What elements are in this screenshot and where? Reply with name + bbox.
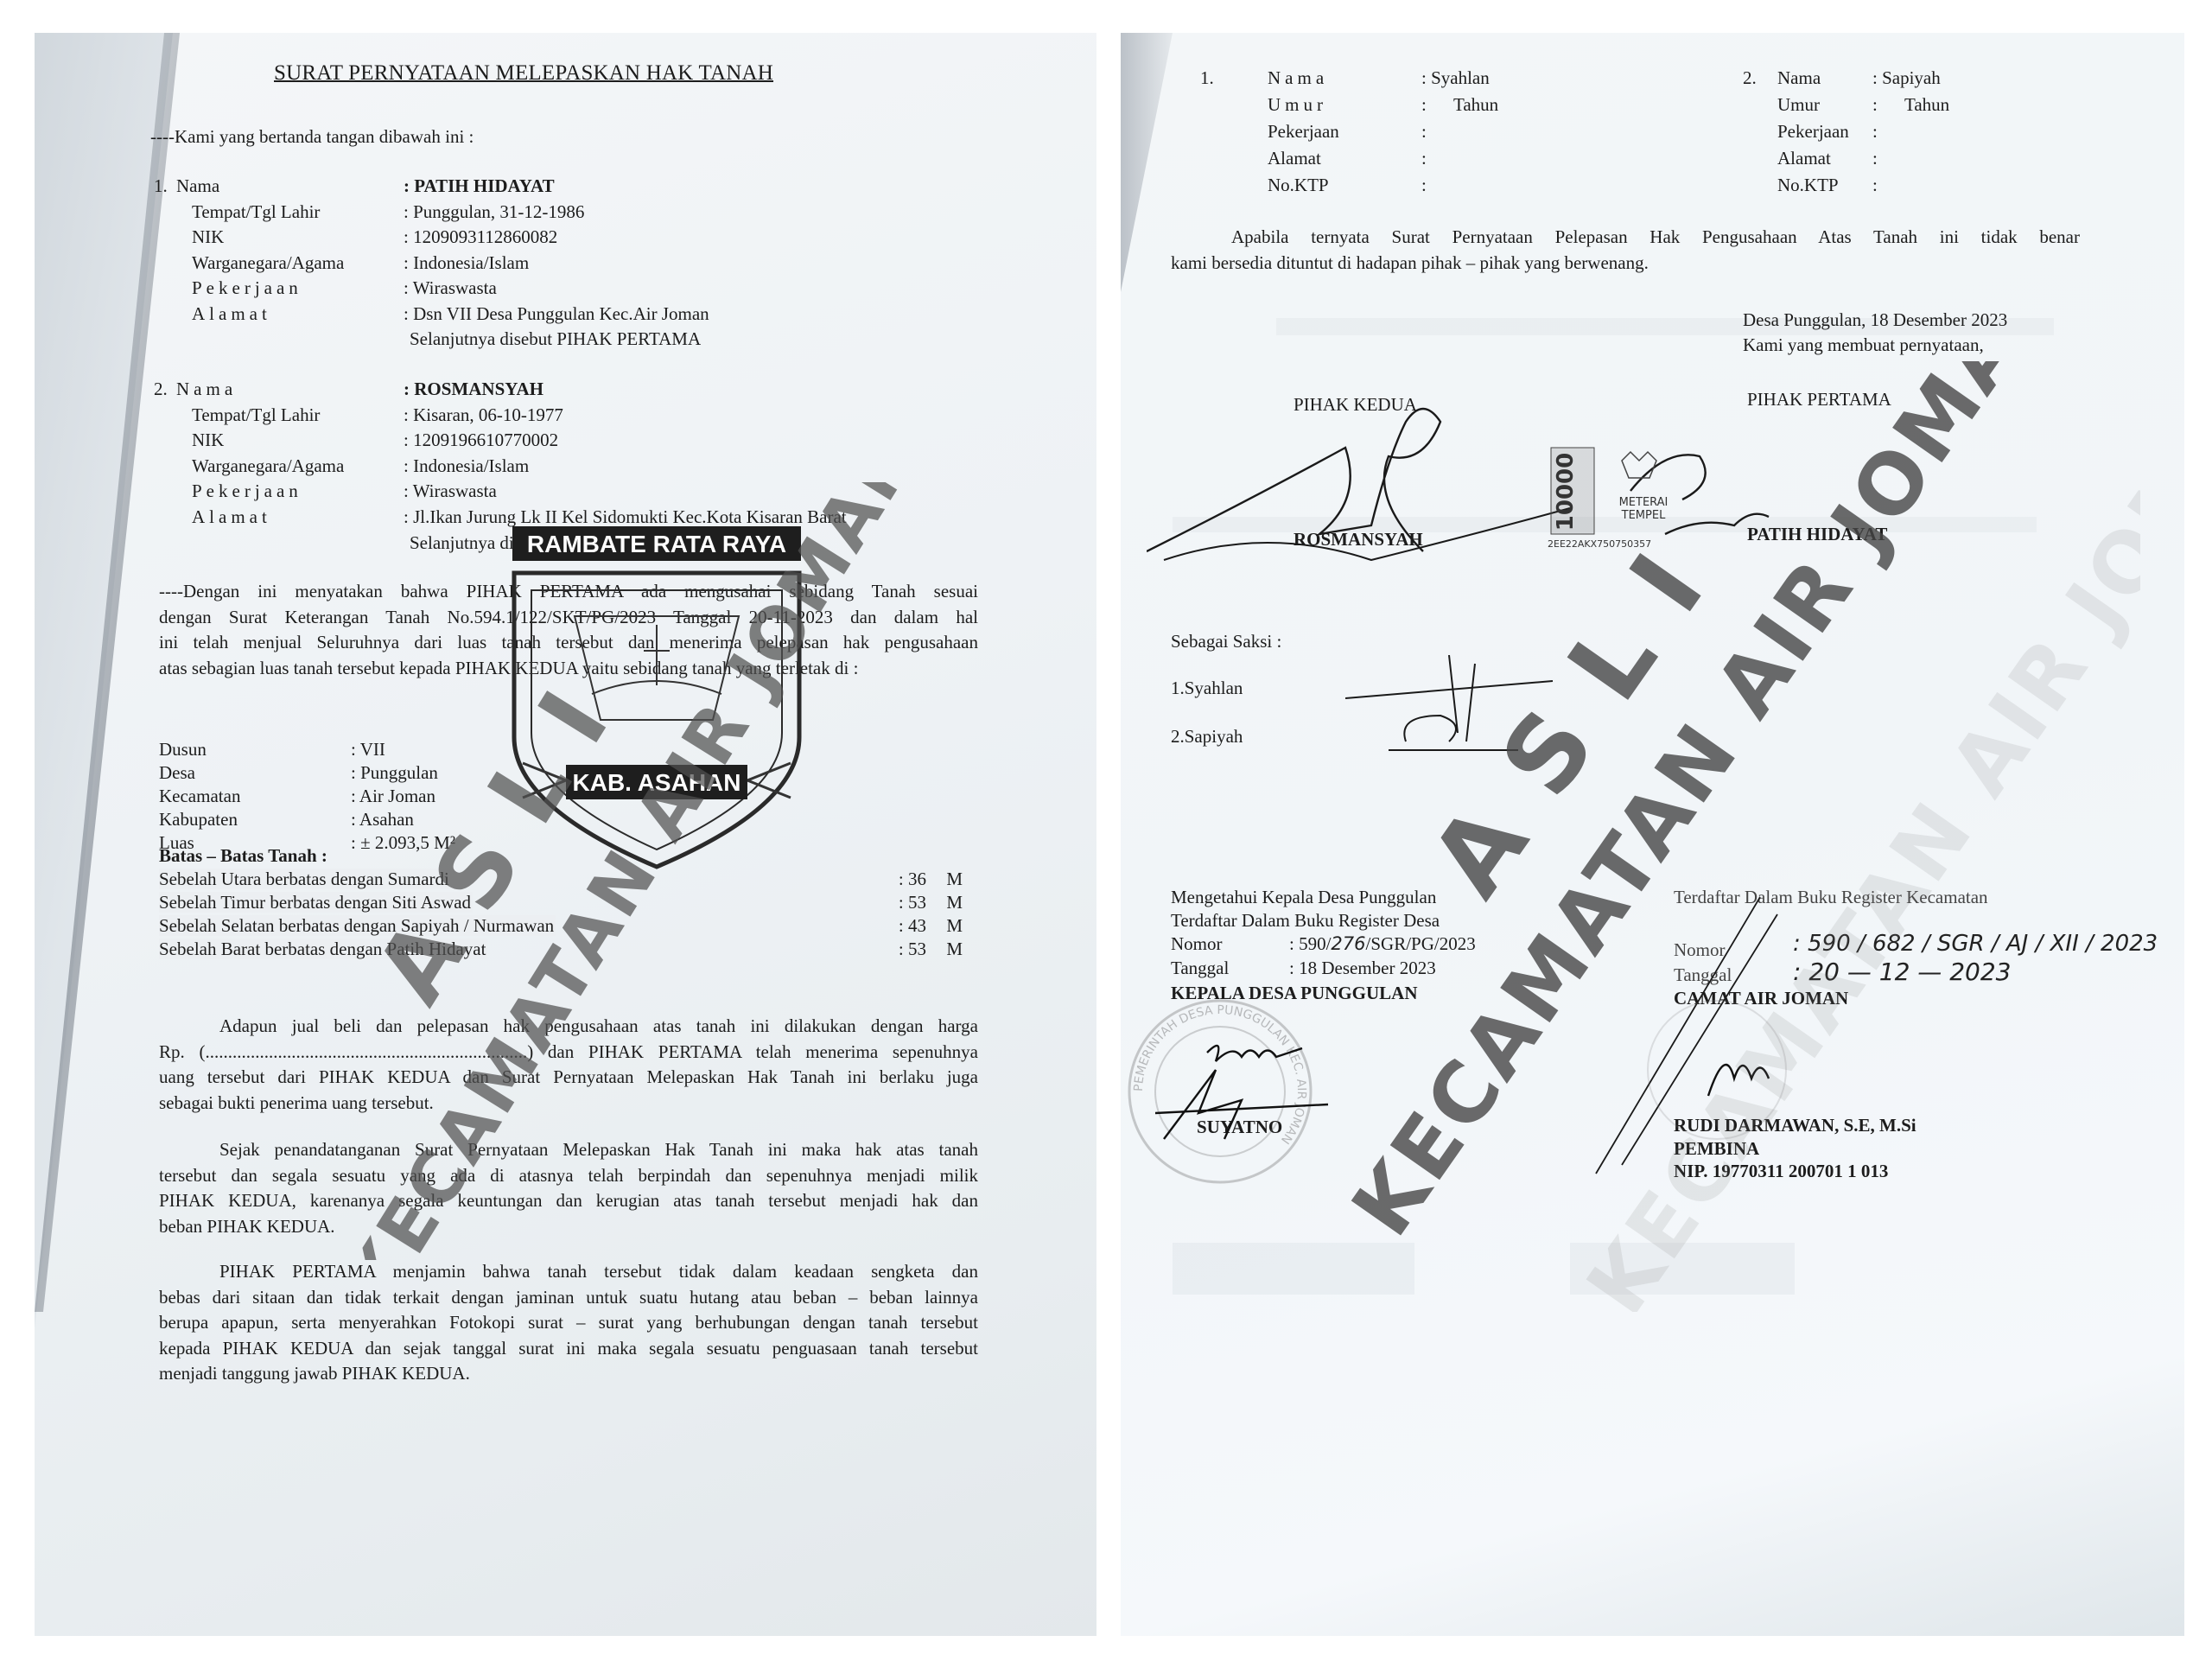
party-1-label: Pekerjaan xyxy=(192,276,302,301)
district-official-name: RUDI DARMAWAN, S.E, M.Si xyxy=(1674,1113,1916,1138)
location-value: : Punggulan xyxy=(351,760,438,786)
witness-signatures xyxy=(1345,655,1570,759)
boundary-unit: M xyxy=(946,890,963,915)
paragraph-line: Adapun jual beli dan pelepasan hak pengu… xyxy=(159,1014,978,1040)
witness-2-value: : xyxy=(1872,146,1882,171)
second-party-name: ROSMANSYAH xyxy=(1294,527,1423,552)
location-value: : VII xyxy=(351,737,385,762)
witness-2-label: Umur xyxy=(1777,92,1820,118)
boundary-unit: M xyxy=(946,913,963,939)
party-1-value: : Indonesia/Islam xyxy=(404,251,529,276)
village-tanggal: : 18 Desember 2023 xyxy=(1289,956,1436,981)
party-2-number: 2. xyxy=(154,377,168,402)
paragraph-line: menjadi tanggung jawab PIHAK KEDUA. xyxy=(159,1361,978,1387)
document-page-left: SURAT PERNYATAAN MELEPASKAN HAK TANAH --… xyxy=(35,33,1096,1636)
first-party-label: PIHAK PERTAMA xyxy=(1747,387,1891,412)
paragraph-line: sebagai bukti penerima uang tersebut. xyxy=(159,1091,978,1117)
bleed-through-text xyxy=(1173,1243,1414,1295)
location-label: Dusun xyxy=(159,737,207,762)
paragraph-line: ----Dengan ini menyatakan bahwa PIHAK PE… xyxy=(159,579,978,605)
witness-1-label: Pekerjaan xyxy=(1268,119,1339,144)
party-2-value: : 1209196610770002 xyxy=(404,428,558,453)
paragraph-line: atas sebagian luas tanah tersebut kepada… xyxy=(159,656,978,682)
witness-2-value: : xyxy=(1872,173,1882,198)
party-2-value: : Kisaran, 06-10-1977 xyxy=(404,403,563,428)
witness-2-value: : Sapiyah xyxy=(1872,66,1941,91)
party-2-label: NIK xyxy=(192,428,224,453)
page-fold-edge xyxy=(35,33,207,1329)
paragraph-line: kami bersedia dituntut di hadapan pihak … xyxy=(1171,251,2080,277)
boundary-side: Sebelah Timur berbatas dengan Siti Aswad xyxy=(159,892,471,913)
first-party-name: PATIH HIDAYAT xyxy=(1747,522,1887,547)
bleed-through-text xyxy=(1570,1243,1795,1295)
paragraph-line: berupa apapun, serta menyerahkan Fotokop… xyxy=(159,1310,978,1336)
location-value: : Asahan xyxy=(351,807,414,832)
location-value: : ± 2.093,5 M² xyxy=(351,830,455,856)
party-2-label: Tempat/Tgl Lahir xyxy=(192,403,320,428)
price-paragraph: Adapun jual beli dan pelepasan hak pengu… xyxy=(159,1014,978,1116)
document-title: SURAT PERNYATAAN MELEPASKAN HAK TANAH xyxy=(274,60,773,86)
regency-emblem-stamp: RAMBATE RATA RAYA KAB. ASAHAN xyxy=(497,521,825,884)
paragraph-line: Apabila ternyata Surat Pernyataan Pelepa… xyxy=(1171,225,2080,251)
village-official-name: SUYATNO xyxy=(1197,1115,1282,1140)
village-register: Terdaftar Dalam Buku Register Desa xyxy=(1171,908,1440,933)
boundary-unit: M xyxy=(946,867,963,892)
district-official-rank: PEMBINA xyxy=(1674,1136,1759,1161)
boundary-length: : 43 xyxy=(899,913,926,939)
party-2-value: : Jl.Ikan Jurung Lk II Kel Sidomukti Kec… xyxy=(404,505,847,530)
witness-1-value: : Tahun xyxy=(1421,92,1498,118)
party-1-number: 1. xyxy=(154,174,168,199)
district-nomor: : 590 / 682 / SGR / AJ / XII / 2023 xyxy=(1793,932,2158,957)
party-2-value: : Indonesia/Islam xyxy=(404,454,529,479)
paragraph-line: tersebut dan segala sesuatu yang ada di … xyxy=(159,1163,978,1189)
witness-1-value: : xyxy=(1421,146,1431,171)
location-label: Kabupaten xyxy=(159,807,238,832)
paragraph-line: kepada PIHAK KEDUA dan sejak tanggal sur… xyxy=(159,1336,978,1362)
paragraph-line: Sejak penandatanganan Surat Pernyataan M… xyxy=(159,1137,978,1163)
place-date: Desa Punggulan, 18 Desember 2023 xyxy=(1743,308,2007,333)
party-2-label: Warganegara/Agama xyxy=(192,454,344,479)
party-1-label: Warganegara/Agama xyxy=(192,251,344,276)
boundaries-heading: Batas – Batas Tanah : xyxy=(159,843,327,869)
emblem-bottom-text: KAB. ASAHAN xyxy=(573,769,741,796)
district-nomor-label: Nomor xyxy=(1674,938,1726,963)
boundary-unit: M xyxy=(946,937,963,962)
witness-2-label: Pekerjaan xyxy=(1777,119,1849,144)
witness-1-value: : xyxy=(1421,173,1431,198)
document-page-right: 1. Nama: SyahlanUmur: TahunPekerjaan: Al… xyxy=(1121,33,2184,1636)
boundary-row: ........................................… xyxy=(159,890,963,915)
location-label: Desa xyxy=(159,760,195,786)
paragraph-line: ini telah menjual Seluruhnya dari luas t… xyxy=(159,630,978,656)
village-seal: PEMERINTAH DESA PUNGGULAN KEC. AIR JOMAN xyxy=(1121,992,1328,1200)
duty-stamp-label-1: METERAI xyxy=(1619,496,1669,509)
paragraph-line: PIHAK PERTAMA menjamin bahwa tanah terse… xyxy=(159,1259,978,1285)
boundary-side: Sebelah Utara berbatas dengan Sumardi xyxy=(159,869,449,889)
witness-1-label: Alamat xyxy=(1268,146,1321,171)
witness-2-label: Alamat xyxy=(1777,146,1831,171)
village-office: KEPALA DESA PUNGGULAN xyxy=(1171,981,1417,1006)
boundary-row: ........................................… xyxy=(159,937,963,962)
village-tanggal-label: Tanggal xyxy=(1171,956,1229,981)
second-party-label: PIHAK KEDUA xyxy=(1294,392,1417,417)
witness-1-value: : Syahlan xyxy=(1421,66,1490,91)
boundary-side: Sebelah Barat berbatas dengan Patih Hida… xyxy=(159,939,486,959)
party-2-designation: Selanjutnya disebut PIHAK KEDUA xyxy=(410,531,680,556)
witness-1-label: Umur xyxy=(1268,92,1327,118)
signatory-intro: Kami yang membuat pernyataan, xyxy=(1743,333,1984,358)
witness-1-value: : xyxy=(1421,119,1431,144)
witness-2-value: : xyxy=(1872,119,1882,144)
village-nomor-label: Nomor xyxy=(1171,932,1223,957)
watermark-stamp-right: ASLI KECAMATAN AIR JOMAN KECAMATAN AIR J… xyxy=(1190,361,2140,1312)
district-tanggal: : 20 — 12 — 2023 xyxy=(1793,959,2011,984)
party-1-value: : Punggulan, 31-12-1986 xyxy=(404,200,584,225)
garuda-emblem-icon xyxy=(1622,452,1656,478)
party-1-label: Nama xyxy=(176,174,219,199)
paragraph-line: beban PIHAK KEDUA. xyxy=(159,1214,978,1240)
party-1-value: : Wiraswasta xyxy=(404,276,497,301)
party-1-value: : 1209093112860082 xyxy=(404,225,557,250)
duty-stamp-serial: 2EE22AKX750750357 xyxy=(1548,538,1651,550)
location-label: Kecamatan xyxy=(159,784,240,809)
district-tanggal-label: Tanggal xyxy=(1674,963,1732,988)
boundary-length: : 36 xyxy=(899,867,926,892)
closing-paragraph: Apabila ternyata Surat Pernyataan Pelepa… xyxy=(1171,225,2080,276)
witness-1-label: Nama xyxy=(1268,66,1328,91)
boundary-length: : 53 xyxy=(899,937,926,962)
intro-text: ----Kami yang bertanda tangan dibawah in… xyxy=(150,124,474,150)
watermark-line-asli: ASLI xyxy=(1408,498,1751,917)
witness-2-value: : Tahun xyxy=(1872,92,1949,118)
witness-2-label: No.KTP xyxy=(1777,173,1839,198)
boundary-row: ........................................… xyxy=(159,867,963,892)
district-official-nip: NIP. 19770311 200701 1 013 xyxy=(1674,1159,1888,1184)
statement-paragraph: ----Dengan ini menyatakan bahwa PIHAK PE… xyxy=(159,579,978,681)
boundary-row: ........................................… xyxy=(159,913,963,939)
boundary-side: Sebelah Selatan berbatas dengan Sapiyah … xyxy=(159,915,554,936)
party-1-label: Alamat xyxy=(192,302,271,327)
party-1-designation: Selanjutnya disebut PIHAK PERTAMA xyxy=(410,327,701,352)
witness-2-number: 2. xyxy=(1743,66,1757,91)
witness-list-1: 1.Syahlan xyxy=(1171,676,1243,701)
party-2-label: Nama xyxy=(176,377,237,402)
party-2-value: : ROSMANSYAH xyxy=(404,377,543,402)
witness-1-number: 1. xyxy=(1200,66,1214,91)
district-register: Terdaftar Dalam Buku Register Kecamatan xyxy=(1674,885,1988,910)
party-2-value: : Wiraswasta xyxy=(404,479,497,504)
paragraph-line: PIHAK KEDUA, karenanya segala keuntungan… xyxy=(159,1188,978,1214)
witness-2-label: Nama xyxy=(1777,66,1821,91)
transfer-paragraph: Sejak penandatanganan Surat Pernyataan M… xyxy=(159,1137,978,1239)
paragraph-line: bebas dari sitaan dan tidak terkait deng… xyxy=(159,1285,978,1311)
party-1-label: Tempat/Tgl Lahir xyxy=(192,200,320,225)
party-2-label: Pekerjaan xyxy=(192,479,302,504)
page-fold-shadow xyxy=(1121,33,1190,638)
paragraph-line: Rp. (...................................… xyxy=(159,1040,978,1066)
district-office: CAMAT AIR JOMAN xyxy=(1674,986,1848,1011)
party-2-label: Alamat xyxy=(192,505,271,530)
party-1-value: : Dsn VII Desa Punggulan Kec.Air Joman xyxy=(404,302,709,327)
party-1-label: NIK xyxy=(192,225,224,250)
party-1-value: : PATIH HIDAYAT xyxy=(404,174,555,199)
duty-stamp: 10000 METERAI TEMPEL 2EE22AKX750750357 xyxy=(1544,443,1717,564)
witness-list-2: 2.Sapiyah xyxy=(1171,724,1243,749)
village-acknowledge: Mengetahui Kepala Desa Punggulan xyxy=(1171,885,1436,910)
location-value: : Air Joman xyxy=(351,784,435,809)
boundary-length: : 53 xyxy=(899,890,926,915)
paragraph-line: uang tersebut dari PIHAK KEDUA dan Surat… xyxy=(159,1065,978,1091)
paragraph-line: dengan Surat Keterangan Tanah No.594.1/1… xyxy=(159,605,978,631)
witness-1-label: No.KTP xyxy=(1268,173,1329,198)
witnesses-heading: Sebagai Saksi : xyxy=(1171,629,1281,654)
guarantee-paragraph: PIHAK PERTAMA menjamin bahwa tanah terse… xyxy=(159,1259,978,1387)
village-nomor: : 590/276/SGR/PG/2023 xyxy=(1289,932,1476,957)
